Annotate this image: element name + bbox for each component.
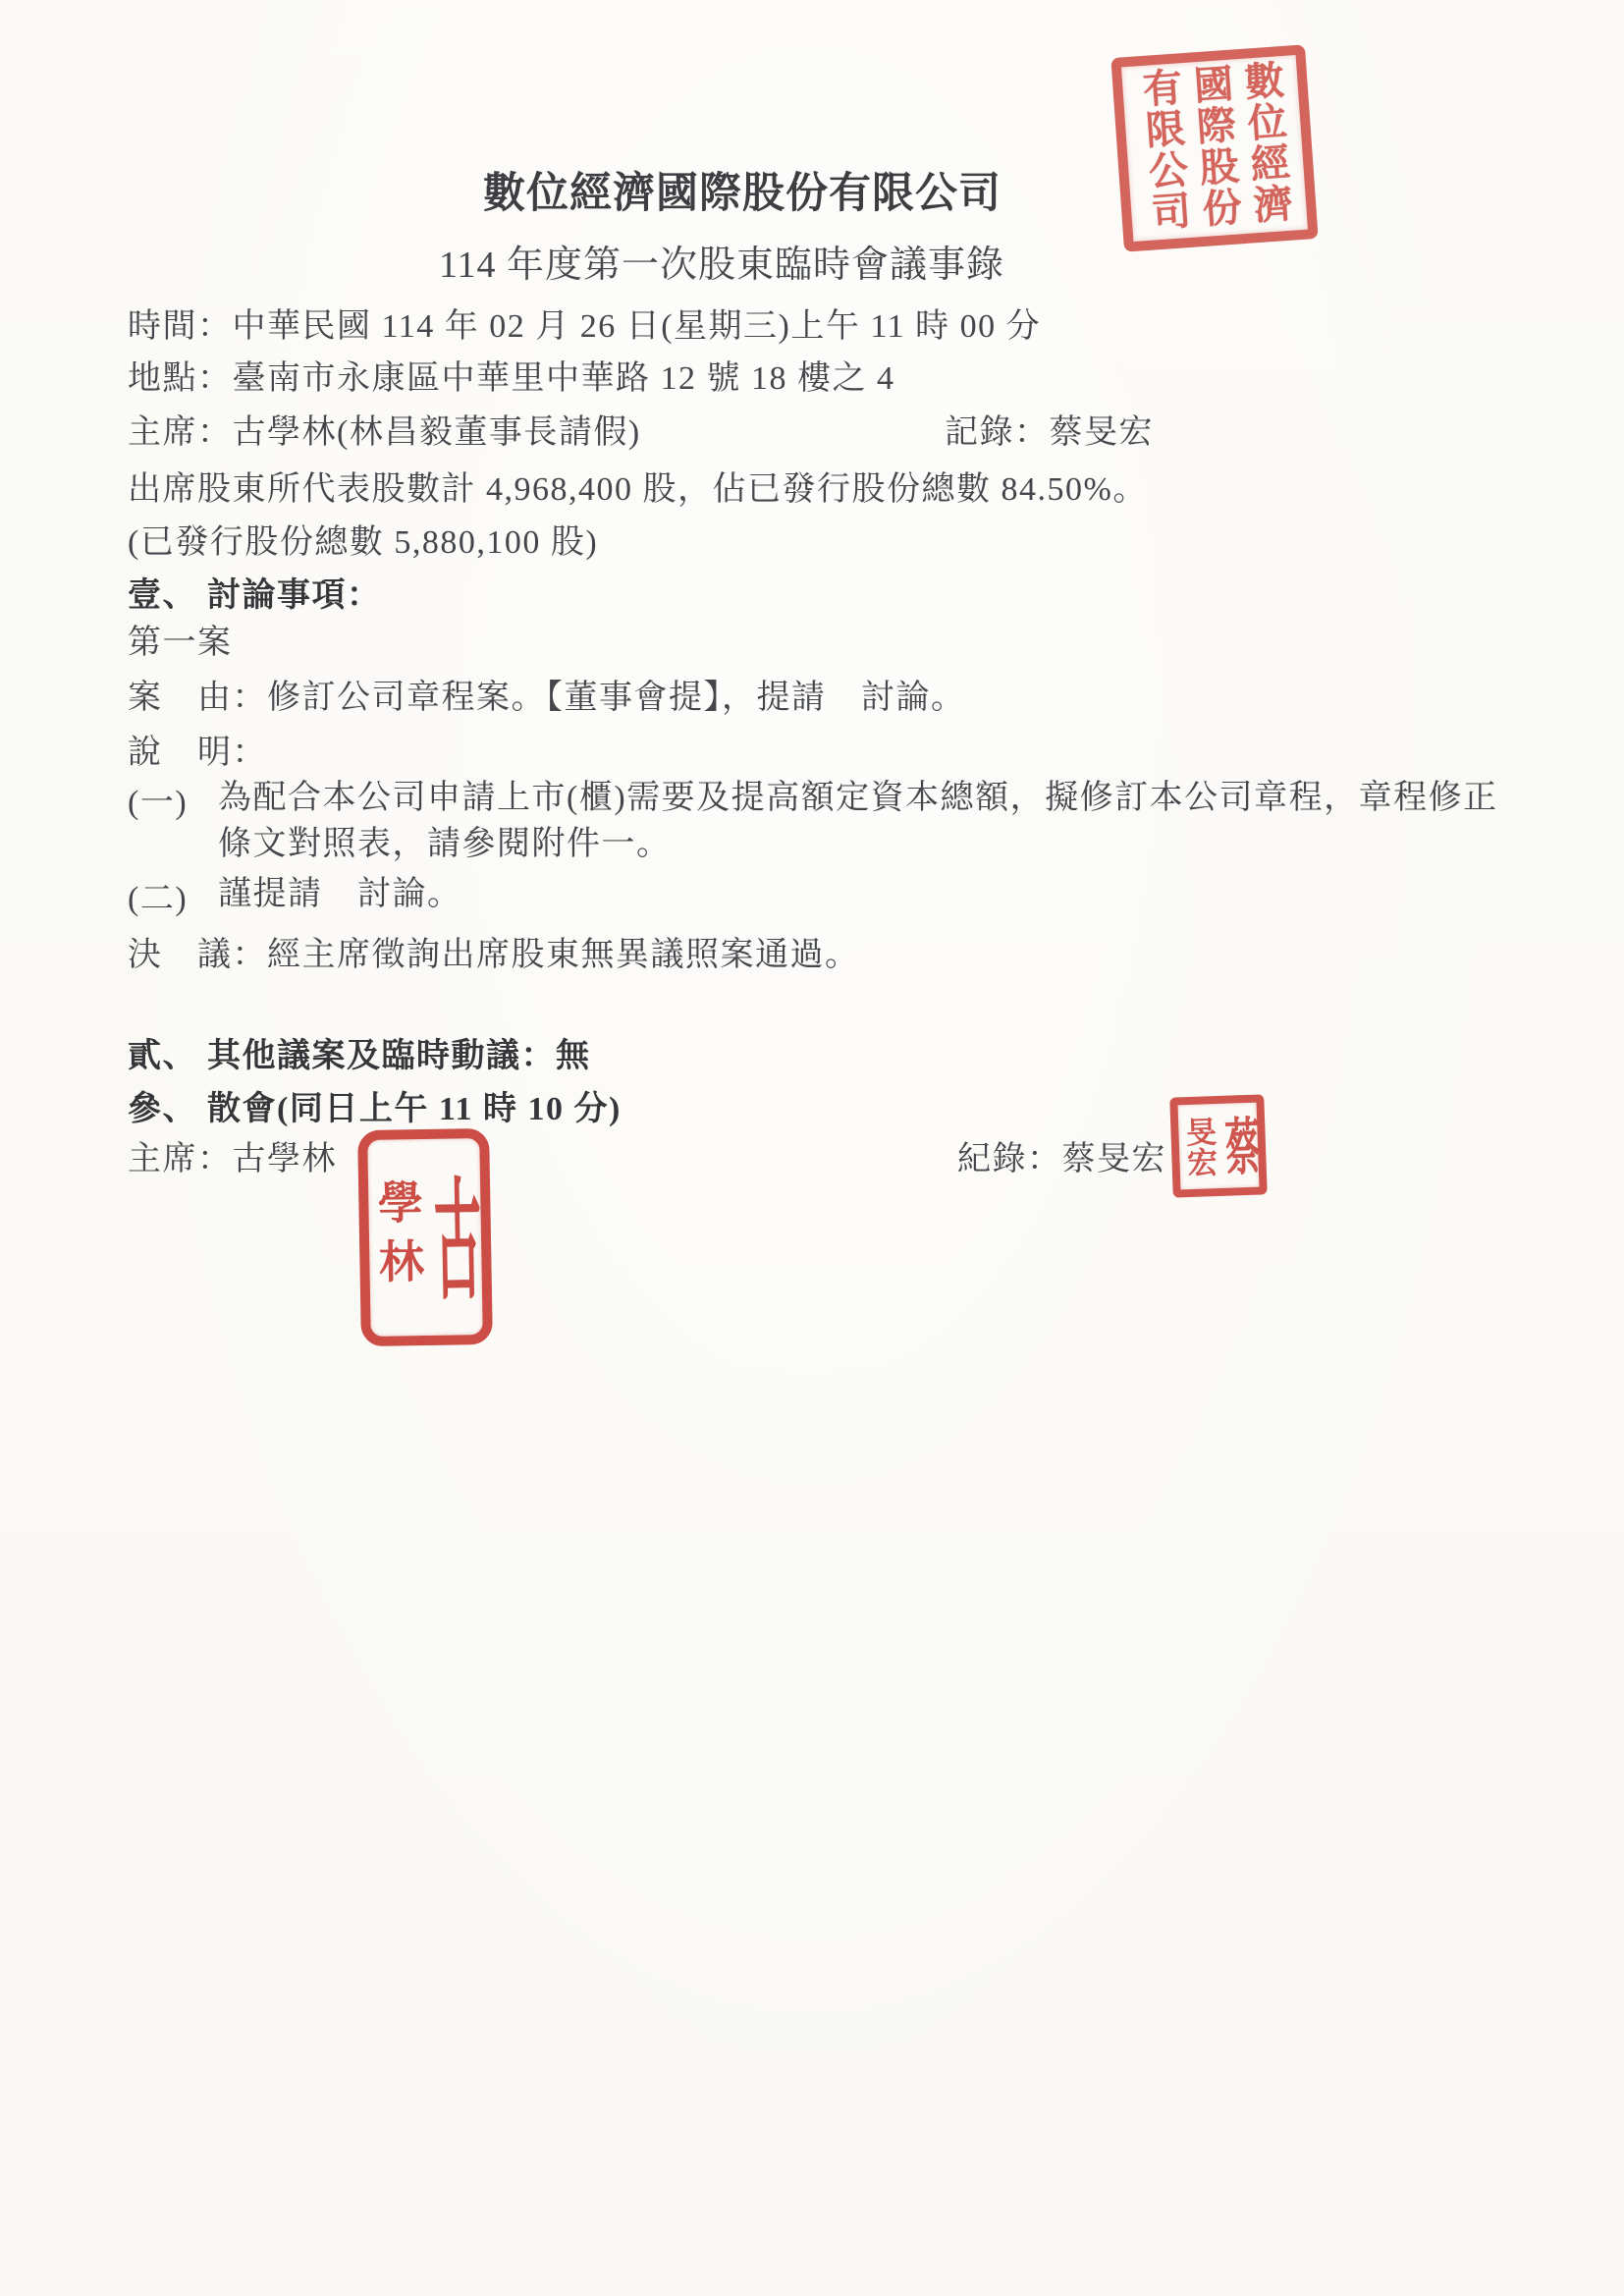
section-other-motions-heading: 貳、 其他議案及臨時動議：無 [128, 1028, 591, 1076]
item-2-marker: (二) [128, 871, 218, 919]
item-1-marker: (一) [128, 775, 218, 823]
company-seal-stamp: 數位經濟國際股份有限公司 [1110, 44, 1318, 251]
explanation-label: 說 明： [128, 725, 267, 773]
item-2-text: 謹提請 討論。 [218, 871, 462, 917]
meeting-chairman-line: 主席：古學林(林昌毅董事長請假) [128, 405, 641, 453]
chairman-seal-right-column: 古 [423, 1138, 482, 1336]
explanation-item-1: (一) 為配合本公司申請上市(櫃)需要及提高額定資本總額，擬修訂本公司章程，章程… [128, 775, 1504, 867]
meeting-recorder-line: 記錄：蔡旻宏 [945, 405, 1154, 453]
case-subject-line: 案 由：修訂公司章程案。【董事會提】，提請 討論。 [128, 670, 966, 718]
footer-chairman-label: 主席：古學林 [128, 1131, 337, 1179]
attendance-shares-line: 出席股東所代表股數計 4,968,400 股，佔已發行股份總數 84.50%。 [128, 462, 1148, 510]
chairman-seal-left-column: 學林 [367, 1139, 426, 1337]
section-adjournment-heading: 參、 散會(同日上午 11 時 10 分) [128, 1081, 622, 1129]
issued-shares-line: (已發行股份總數 5,880,100 股) [128, 515, 598, 563]
section-discussion-heading: 壹、 討論事項： [128, 568, 382, 616]
company-name-title: 數位經濟國際股份有限公司 [0, 160, 1485, 220]
scanned-meeting-minutes-page: 數位經濟國際股份有限公司 數位經濟國際股份有限公司 114 年度第一次股東臨時會… [0, 0, 1624, 2296]
case-number: 第一案 [128, 615, 233, 663]
meeting-location-line: 地點：臺南市永康區中華里中華路 12 號 18 樓之 4 [128, 351, 895, 399]
item-1-text: 為配合本公司申請上市(櫃)需要及提高額定資本總額，擬修訂本公司章程，章程修正條文… [218, 775, 1504, 867]
resolution-line: 決 議：經主席徵詢出席股東無異議照案通過。 [128, 927, 860, 975]
footer-recorder-label: 紀錄：蔡旻宏 [957, 1131, 1166, 1179]
chairman-name-seal-stamp: 古 學林 [357, 1128, 493, 1346]
recorder-seal-right-column: 蔡 [1217, 1103, 1259, 1188]
meeting-time-line: 時間：中華民國 114 年 02 月 26 日(星期三)上午 11 時 00 分 [128, 299, 1041, 347]
explanation-item-2: (二) 謹提請 討論。 [128, 871, 462, 919]
meeting-title: 114 年度第一次股東臨時會議事錄 [0, 234, 1443, 288]
recorder-name-seal-stamp: 蔡 旻宏 [1169, 1094, 1268, 1197]
